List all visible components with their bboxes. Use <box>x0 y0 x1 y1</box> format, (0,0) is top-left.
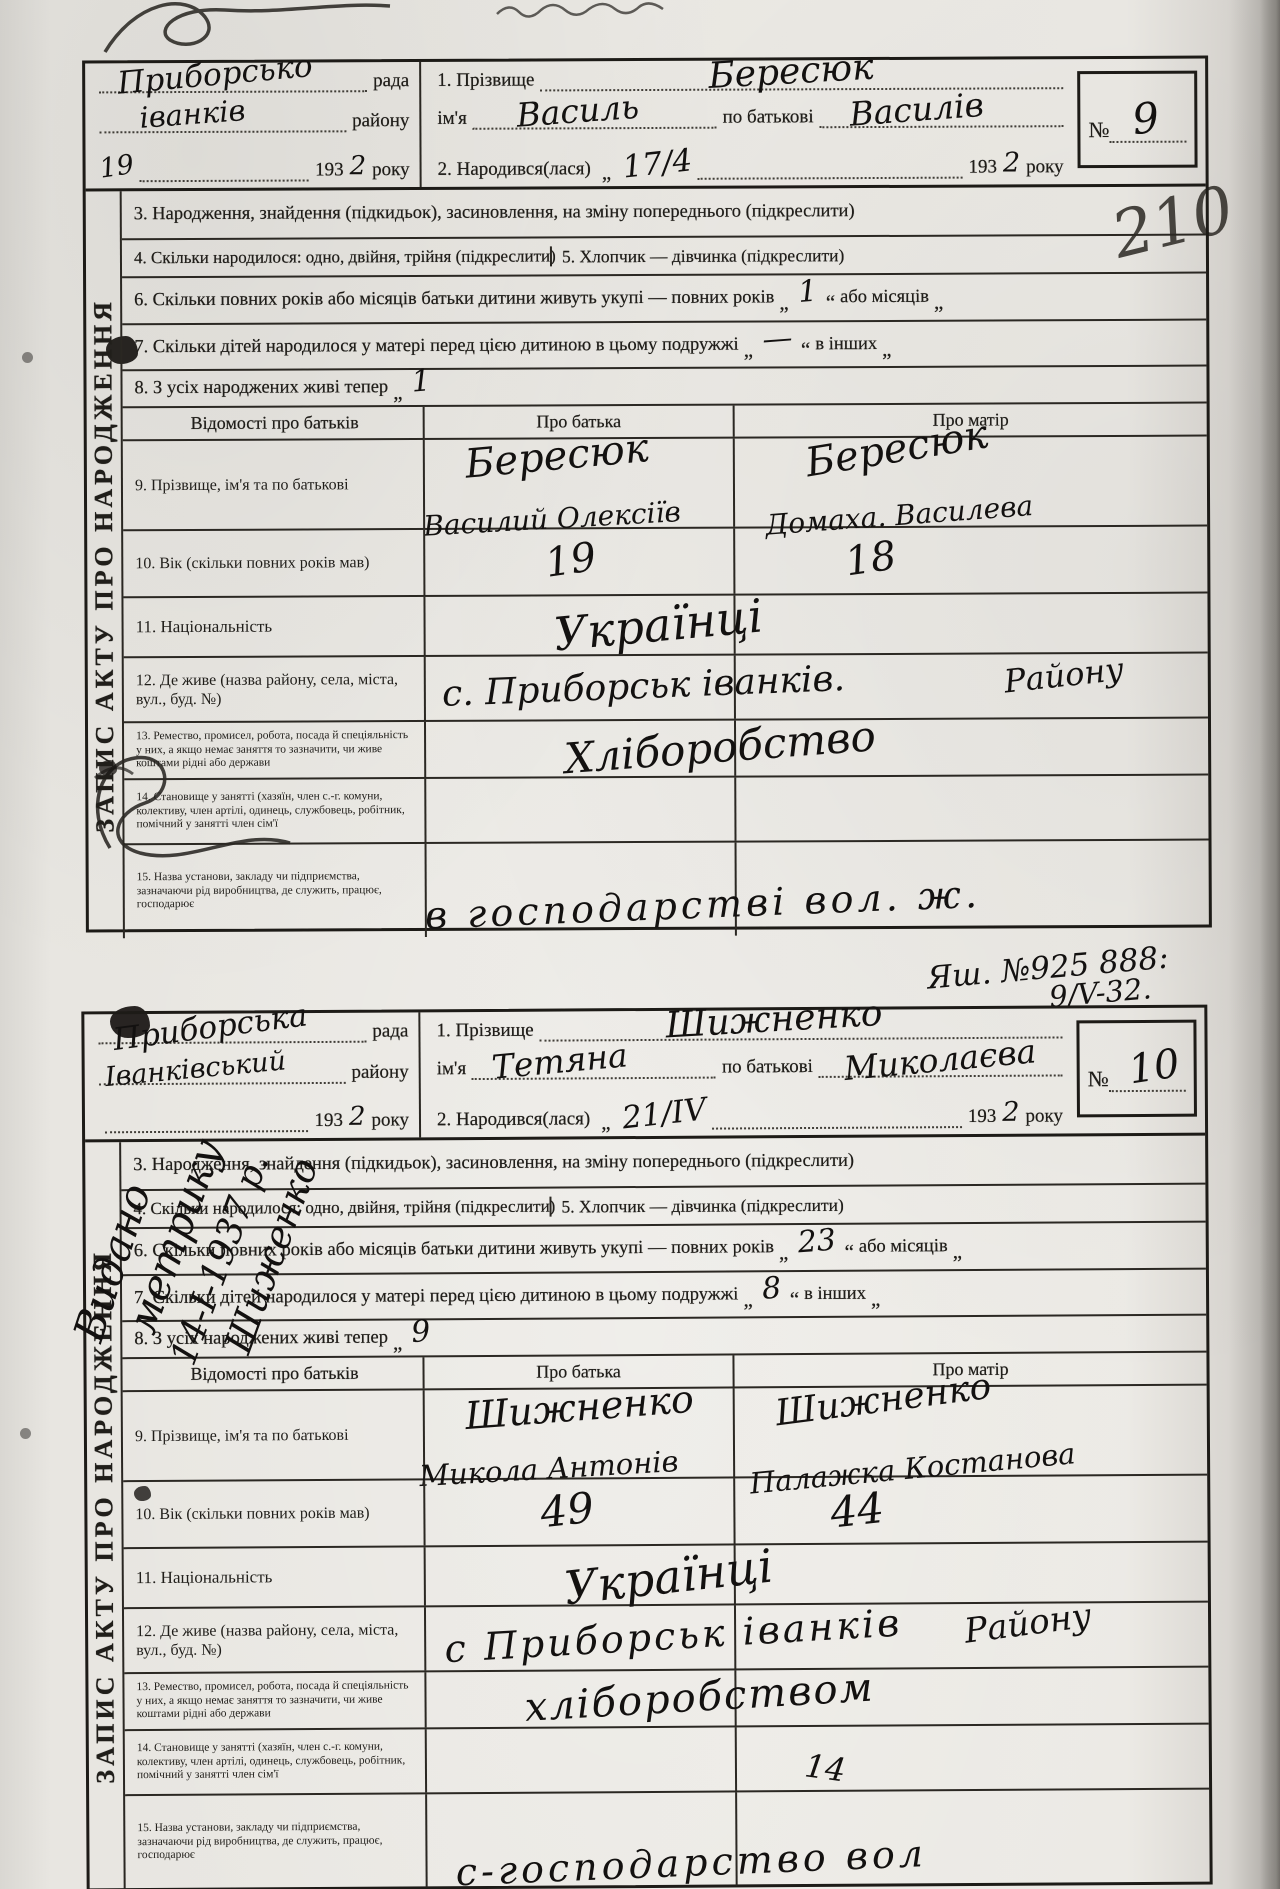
birth-record-2: Приборська рада Іванківський району 193 … <box>81 1005 1212 1889</box>
punch-hole <box>20 1428 31 1439</box>
record1-father-age: 19 <box>542 534 599 587</box>
record2-field-5: 5. Хлопчик — дівчинка (підкреслити) <box>551 1192 1205 1217</box>
label-field-11: 11. Національність <box>124 1547 424 1607</box>
record1-row-13: 13. Ремество, промисел, робота, посада й… <box>124 719 1208 781</box>
quote-open: „ <box>601 1110 610 1135</box>
record2-mother-age: 44 <box>828 1483 887 1538</box>
name-fill-line: Тетяна <box>472 1059 716 1079</box>
label-patronymic: по батькові <box>723 106 814 128</box>
label-raionu: району <box>352 110 409 132</box>
label-field-14: 14. Становище у занятті (хазяїн, член с.… <box>125 1729 425 1794</box>
record2-row-9: 9. Прізвище, ім'я та по батькові Шижненк… <box>123 1386 1208 1483</box>
quote-open: „ <box>882 336 891 361</box>
record1-birth-date: 17/4 <box>620 142 693 185</box>
record1-patronymic-value: Василів <box>848 84 985 133</box>
record1-row-14: 14. Становище у занятті (хазяїн, член с.… <box>124 776 1208 846</box>
quote-open: „ <box>934 290 943 315</box>
label-field-9: 9. Прізвище, ім'я та по батькові <box>123 440 423 529</box>
record2-name-value: Тетяна <box>490 1035 629 1087</box>
record1-field-8: 8. З усіх народжених живі тепер „ 1 <box>122 367 1206 409</box>
label-field-15: 15. Назва установи, закладу чи підприємс… <box>125 1794 426 1889</box>
district-fill-line: іванків <box>99 114 346 134</box>
record2-row-12: 12. Де живе (назва району, села, міста, … <box>124 1603 1208 1675</box>
record1-number-value: 9 <box>1130 93 1162 145</box>
record1-vertical-strip: ЗАПИС АКТУ ПРО НАРОДЖЕННЯ <box>86 191 125 938</box>
record1-number-cell: № 9 <box>1075 59 1206 185</box>
record2-row-14: 14. Становище у занятті (хазяїн, член с.… <box>125 1725 1209 1797</box>
record2-birth-date: 21/ІV <box>620 1091 708 1136</box>
quote-open: „ <box>743 1287 752 1312</box>
record2-status-mark: 14 <box>803 1746 848 1789</box>
label-year-printed: 193 <box>315 159 344 181</box>
record1-body: ЗАПИС АКТУ ПРО НАРОДЖЕННЯ 3. Народження,… <box>86 187 1209 939</box>
born-fill-line <box>698 160 963 180</box>
quote-open: „ <box>779 290 788 315</box>
label-year-printed: 193 <box>314 1110 343 1132</box>
record1-district-value: іванків <box>138 93 246 135</box>
record2-row-10: 10. Вік (скільки повних років мав) 49 44 <box>123 1476 1207 1550</box>
label-rada: рада <box>373 70 409 92</box>
quote-open: „ <box>779 1240 788 1265</box>
quote-open: „ <box>744 337 753 362</box>
label-field-5: 5. Хлопчик — дівчинка (підкреслити) <box>562 245 844 267</box>
label-field-4: 4. Скільки народилося: одно, двійня, трі… <box>134 246 556 268</box>
label-no: № <box>1088 1066 1109 1092</box>
label-field-7: 7. Скільки дітей народилося у матері пер… <box>134 334 738 358</box>
label-year-printed2: 193 <box>968 156 997 178</box>
label-field-3: 3. Народження, знайдення (підкидьок), за… <box>134 201 855 225</box>
record2-field-7-value: 8 <box>760 1270 782 1306</box>
district-fill-line: Іванківський <box>99 1065 346 1085</box>
label-field-9: 9. Прізвище, ім'я та по батькові <box>123 1390 424 1480</box>
record1-field-4-5: 4. Скільки народилося: одно, двійня, трі… <box>122 236 1206 279</box>
record2-field-8-value: 9 <box>410 1314 432 1350</box>
record1-name-value: Василь <box>515 86 640 134</box>
label-name: ім'я <box>437 1058 467 1080</box>
label-field-7b: в інших <box>815 333 877 354</box>
label-born: 2. Народився(лася) <box>438 158 591 181</box>
label-field-13: 13. Ремество, промисел, робота, посада й… <box>124 722 424 778</box>
label-name: ім'я <box>437 107 467 129</box>
record2-number-box: № 10 <box>1076 1020 1197 1118</box>
number-fill-line: 9 <box>1109 124 1186 143</box>
quote-open: „ <box>602 160 611 185</box>
record1-row-12: 12. Де живе (назва району, села, міста, … <box>124 654 1208 724</box>
label-roku: року <box>372 159 410 181</box>
quote-close: “ <box>826 290 835 315</box>
record1-name-block: 1. Прізвище Бересюк ім'я Василь по батьк… <box>421 59 1076 187</box>
patronymic-fill-line: Миколаєва <box>819 1057 1063 1077</box>
record1-row-15: 15. Назва установи, закладу чи підприємс… <box>125 841 1209 939</box>
label-roku2: року <box>1026 156 1064 178</box>
record1-row-9: 9. Прізвище, ім'я та по батькові Бересюк… <box>123 437 1207 532</box>
header-parents-info: Відомості про батьків <box>123 407 423 439</box>
label-rada: рада <box>372 1020 408 1042</box>
label-roku: року <box>371 1109 409 1131</box>
record2-number-cell: № 10 <box>1074 1008 1205 1134</box>
record1-row-11: 11. Національність Українці <box>123 594 1207 659</box>
label-field-7b: в інших <box>804 1283 866 1304</box>
label-field-6b: або місяців <box>840 287 929 308</box>
record1-surname-value: Бересюк <box>707 47 875 97</box>
label-no: № <box>1088 117 1109 143</box>
record1-field-5: 5. Хлопчик — дівчинка (підкреслити) <box>552 243 1206 267</box>
name-fill-line: Василь <box>473 109 717 129</box>
label-field-13: 13. Ремество, промисел, робота, посада й… <box>124 1672 424 1729</box>
record2-header: Приборська рада Іванківський району 193 … <box>84 1008 1205 1143</box>
record1-parents-table-header: Відомості про батьків Про батька Про мат… <box>123 404 1207 442</box>
record1-header: Приборсько рада іванків району 19 193 2 … <box>85 59 1206 192</box>
number-fill-line: 10 <box>1109 1073 1186 1092</box>
quote-open: „ <box>871 1286 880 1311</box>
vertical-title: ЗАПИС АКТУ ПРО НАРОДЖЕННЯ <box>88 297 120 832</box>
year-fill-line <box>140 163 309 183</box>
record1-field-6: 6. Скільки повних років або місяців бать… <box>122 274 1206 326</box>
punch-hole <box>22 352 33 363</box>
council-fill-line: Приборсько <box>99 73 367 93</box>
label-field-14: 14. Становище у занятті (хазяїн, член с.… <box>124 779 424 843</box>
record2-field-6-value: 23 <box>796 1223 837 1261</box>
record2-number-value: 10 <box>1126 1040 1183 1093</box>
quote-open: „ <box>393 1330 402 1355</box>
quote-open: „ <box>393 380 402 405</box>
label-field-10: 10. Вік (скільки повних років мав) <box>123 1480 423 1547</box>
council-fill-line: Приборська <box>98 1024 366 1044</box>
record1-number-box: № 9 <box>1077 71 1197 169</box>
patronymic-fill-line: Василів <box>820 108 1064 128</box>
record1-mother-age: 18 <box>842 533 899 586</box>
label-field-10: 10. Вік (скільки повних років мав) <box>123 530 423 596</box>
quote-close: “ <box>790 1287 799 1312</box>
record1-field-6-value: 1 <box>796 274 818 310</box>
label-field-8: 8. З усіх народжених живі тепер <box>134 377 388 399</box>
label-field-5: 5. Хлопчик — дівчинка (підкреслити) <box>561 1194 843 1217</box>
record1-field-7-value: — <box>761 320 794 357</box>
label-surname: 1. Прізвище <box>436 1020 533 1043</box>
record2-father-age: 49 <box>538 1483 597 1538</box>
label-surname: 1. Прізвище <box>437 69 534 91</box>
record1-year-digit: 2 <box>349 151 366 181</box>
label-raionu: району <box>351 1061 408 1083</box>
record1-year-prefix: 19 <box>98 149 136 185</box>
scan-right-edge <box>1260 0 1280 1889</box>
quote-close: “ <box>801 337 810 362</box>
label-field-6b: або місяців <box>859 1236 948 1258</box>
record2-row-15: 15. Назва установи, закладу чи підприємс… <box>125 1790 1210 1889</box>
top-center-scrawl <box>495 0 665 22</box>
record2-row-11: 11. Національність Українці <box>124 1543 1208 1610</box>
label-patronymic: по батькові <box>722 1055 813 1078</box>
label-field-6: 6. Скільки повних років або місяців бать… <box>134 287 774 311</box>
record1-field-7: 7. Скільки дітей народилося у матері пер… <box>122 321 1206 372</box>
born-fill-line <box>712 1109 962 1129</box>
record1-row-10: 10. Вік (скільки повних років мав) 19 18 <box>123 527 1207 599</box>
label-year-printed2: 193 <box>968 1106 997 1128</box>
record2-row-13: 13. Ремество, промисел, робота, посада й… <box>124 1668 1208 1732</box>
label-born: 2. Народився(лася) <box>437 1108 590 1131</box>
birth-record-1: Приборсько рада іванків району 19 193 2 … <box>82 56 1212 933</box>
quote-close: “ <box>844 1240 853 1265</box>
label-field-12: 12. Де живе (назва району, села, міста, … <box>124 657 424 721</box>
record1-council-block: Приборсько рада іванків району 19 193 2 … <box>85 62 422 188</box>
record2-name-block: 1. Прізвище Шижненко ім'я Тетяна по бать… <box>420 1008 1075 1137</box>
label-field-12: 12. Де живе (назва району, села, міста, … <box>124 1607 424 1672</box>
record1-field-3: 3. Народження, знайдення (підкидьок), за… <box>122 187 1206 241</box>
quote-open: „ <box>953 1239 962 1264</box>
label-roku2: року <box>1025 1105 1063 1127</box>
record2-birth-year-digit: 2 <box>1002 1097 1019 1128</box>
record2-year-digit: 2 <box>349 1102 366 1132</box>
record1-field-8-value: 1 <box>410 363 432 399</box>
record1-birth-year-digit: 2 <box>1003 147 1020 178</box>
record1-field-4: 4. Скільки народилося: одно, двійня, трі… <box>122 246 552 268</box>
label-field-11: 11. Національність <box>123 597 423 656</box>
label-field-15: 15. Назва установи, закладу чи підприємс… <box>125 844 425 938</box>
